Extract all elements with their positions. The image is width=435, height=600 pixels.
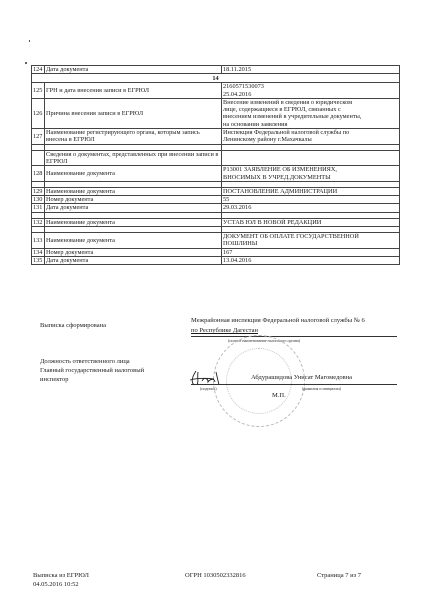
table-row: 125ГРН и дата внесения записи в ЕГРЮЛ216… <box>32 83 400 99</box>
row-value-line: Внесение изменений в сведения о юридичес… <box>223 99 398 106</box>
row-label: Наименование регистрирующего органа, кот… <box>45 129 222 145</box>
seal-label: М.П. <box>272 392 286 400</box>
row-value-line: ПОШЛИНЫ <box>223 240 398 247</box>
footer-doc-title: Выписка из ЕГРЮЛ <box>33 572 89 580</box>
section-number: 14 <box>32 74 400 83</box>
row-value-line: ДОКУМЕНТ ОБ ОПЛАТЕ ГОСУДАРСТВЕННОЙ <box>223 233 398 240</box>
row-label: Сведения о документах, представленных пр… <box>45 150 222 166</box>
row-number: 124 <box>32 66 45 74</box>
row-label: Наименование документа <box>45 218 222 226</box>
row-value: 18.11.2015 <box>222 66 400 74</box>
footer-page-number: Страница 7 из 7 <box>317 572 361 580</box>
row-value: Р13001 ЗАЯВЛЕНИЕ ОБ ИЗМЕНЕНИЯХ,ВНОСИМЫХ … <box>222 166 400 182</box>
row-value: 29.03.2016 <box>222 204 400 212</box>
row-label: Дата документа <box>45 204 222 212</box>
table-row: 124Дата документа18.11.2015 <box>32 66 400 74</box>
row-value <box>222 150 400 166</box>
row-value-line: 2160571530073 <box>223 83 398 90</box>
row-label: Наименование документа <box>45 233 222 249</box>
row-label: Номер документа <box>45 196 222 204</box>
position-label-line3: инспектор <box>40 376 69 384</box>
signer-name: Абдурашидова Унисат Магомедовна <box>251 374 352 382</box>
row-value: ПОСТАНОВЛЕНИЕ АДМИНИСТРАЦИИ <box>222 187 400 195</box>
signature-underline <box>191 384 397 385</box>
row-value-line: 18.11.2015 <box>223 66 398 73</box>
row-value: Внесение изменений в сведения о юридичес… <box>222 98 400 128</box>
scan-speck <box>29 40 30 42</box>
section-row: 14 <box>32 74 400 83</box>
row-number: 131 <box>32 204 45 212</box>
table-row: 130Номер документа55 <box>32 196 400 204</box>
row-label: Наименование документа <box>45 166 222 182</box>
authority-line2: по Республике Дагестан <box>191 327 258 335</box>
egrul-table: 124Дата документа18.11.201514125ГРН и да… <box>31 65 400 265</box>
footer-ogrn: ОГРН 1030502332816 <box>185 572 246 580</box>
row-value-line: УСТАВ ЮЛ В НОВОЙ РЕДАКЦИИ <box>223 219 398 226</box>
row-label: ГРН и дата внесения записи в ЕГРЮЛ <box>45 83 222 99</box>
row-value-line: Р13001 ЗАЯВЛЕНИЕ ОБ ИЗМЕНЕНИЯХ, <box>223 166 398 173</box>
row-value: ДОКУМЕНТ ОБ ОПЛАТЕ ГОСУДАРСТВЕННОЙПОШЛИН… <box>222 233 400 249</box>
position-label-line2: Главный государственный налоговый <box>40 367 144 375</box>
table-row: 132Наименование документаУСТАВ ЮЛ В НОВО… <box>32 218 400 226</box>
authority-underline <box>191 336 397 337</box>
authority-line1: Межрайонная инспекция Федеральной налого… <box>191 317 365 325</box>
row-value-line: лице, содержащиеся в ЕГРЮЛ, связанных с <box>223 106 398 113</box>
row-label: Номер документа <box>45 248 222 256</box>
row-value-line: ПОСТАНОВЛЕНИЕ АДМИНИСТРАЦИИ <box>223 188 398 195</box>
row-label: Дата документа <box>45 256 222 264</box>
row-value: 13.04.2016 <box>222 256 400 264</box>
row-value-line: Инспекция Федеральной налоговой службы п… <box>223 129 398 136</box>
row-value-line: 29.03.2016 <box>223 204 398 211</box>
row-value-line: 55 <box>223 196 398 203</box>
table-row: 131Дата документа29.03.2016 <box>32 204 400 212</box>
table-row: 134Номер документа167 <box>32 248 400 256</box>
row-number: 134 <box>32 248 45 256</box>
row-number: 130 <box>32 196 45 204</box>
formed-label: Выписка сформирована <box>40 322 106 330</box>
row-number: 125 <box>32 83 45 99</box>
scan-speck <box>25 62 27 64</box>
row-value: 167 <box>222 248 400 256</box>
row-number: 135 <box>32 256 45 264</box>
table-row: 127Наименование регистрирующего органа, … <box>32 129 400 145</box>
table-row: 129Наименование документаПОСТАНОВЛЕНИЕ А… <box>32 187 400 195</box>
row-number <box>32 150 45 166</box>
row-value-line: Ленинскому району г.Махачкалы <box>223 136 398 143</box>
table-row: 133Наименование документаДОКУМЕНТ ОБ ОПЛ… <box>32 233 400 249</box>
name-caption: (фамилия и инициалы) <box>302 386 341 391</box>
row-value-line: 25.04.2016 <box>223 91 398 98</box>
row-label: Дата документа <box>45 66 222 74</box>
row-number: 128 <box>32 166 45 182</box>
table-row: 135Дата документа13.04.2016 <box>32 256 400 264</box>
row-number: 132 <box>32 218 45 226</box>
row-number: 126 <box>32 98 45 128</box>
table-row: 126Причина внесения записи в ЕГРЮЛВнесен… <box>32 98 400 128</box>
row-value: 55 <box>222 196 400 204</box>
row-label: Наименование документа <box>45 187 222 195</box>
row-value: Инспекция Федеральной налоговой службы п… <box>222 129 400 145</box>
row-number: 127 <box>32 129 45 145</box>
row-value-line: 167 <box>223 249 398 256</box>
table-row: 128Наименование документаР13001 ЗАЯВЛЕНИ… <box>32 166 400 182</box>
row-number: 129 <box>32 187 45 195</box>
footer-doc-datetime: 04.05.2016 10:52 <box>33 581 79 589</box>
row-value: УСТАВ ЮЛ В НОВОЙ РЕДАКЦИИ <box>222 218 400 226</box>
row-value-line: внесением изменений в учредительные доку… <box>223 113 398 120</box>
signature-caption: (подпись) <box>200 386 217 391</box>
row-value-line: 13.04.2016 <box>223 257 398 264</box>
row-value: 216057153007325.04.2016 <box>222 83 400 99</box>
row-value-line: ВНОСИМЫХ В УЧРЕД.ДОКУМЕНТЫ <box>223 174 398 181</box>
row-number: 133 <box>32 233 45 249</box>
row-label: Причина внесения записи в ЕГРЮЛ <box>45 98 222 128</box>
row-value-line: на основании заявления <box>223 121 398 128</box>
documents-header-row: Сведения о документах, представленных пр… <box>32 150 400 166</box>
position-label-line1: Должность ответственного лица <box>40 358 130 366</box>
